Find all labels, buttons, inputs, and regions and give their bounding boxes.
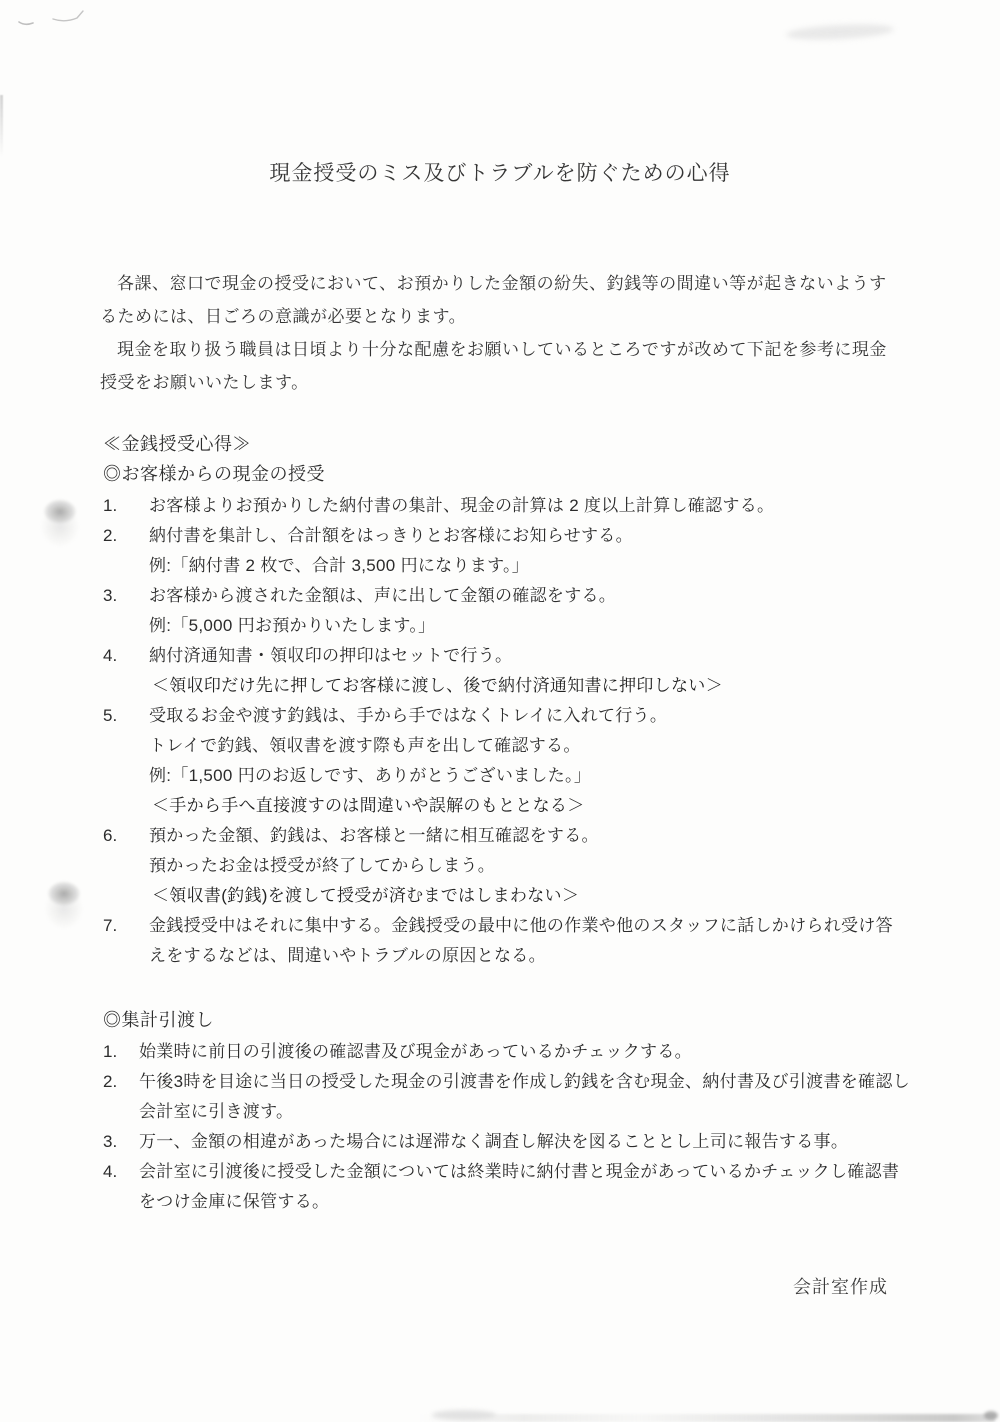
intro-paragraph: 各課、窓口で現金の授受において、お預かりした金額の紛失、釣銭等の間違い等が起きな… xyxy=(100,267,904,333)
intro-section: 各課、窓口で現金の授受において、お預かりした金額の紛失、釣銭等の間違い等が起きな… xyxy=(100,267,904,399)
item-number: 3. xyxy=(103,1127,139,1157)
pen-scribble-mark xyxy=(15,6,105,34)
scanner-smudge-top-right xyxy=(786,22,895,42)
item-line: 納付済通知書・領収印の押印はセットで行う。 xyxy=(149,641,910,671)
item-caution-line: ＜領収印だけ先に押してお客様に渡し、後で納付済通知書に押印しない＞ xyxy=(152,671,910,701)
numbered-list: 1. 始業時に前日の引渡後の確認書及び現金があっているかチェックする。 2. 午… xyxy=(103,1037,910,1217)
section-heading: ≪金銭授受心得≫ xyxy=(103,429,910,459)
scanner-smudge-blob xyxy=(432,1410,496,1420)
item-line: 受取るお金や渡す釣銭は、手から手ではなくトレイに入れて行う。 xyxy=(149,701,910,731)
list-item: 2. 納付書を集計し、合計額をはっきりとお客様にお知らせする。 例:「納付書 2… xyxy=(103,521,910,581)
item-line: 納付書を集計し、合計額をはっきりとお客様にお知らせする。 xyxy=(149,521,910,551)
item-line: 預かった金額、釣銭は、お客様と一緒に相互確認をする。 xyxy=(149,821,910,851)
list-item: 7. 金銭授受中はそれに集中する。金銭授受の最中に他の作業や他のスタッフに話しか… xyxy=(103,911,910,971)
item-number: 4. xyxy=(103,1157,139,1187)
item-caution-line: ＜手から手へ直接渡すのは間違いや誤解のもととなる＞ xyxy=(152,791,910,821)
item-caution-line: ＜領収書(釣銭)を渡して授受が済むまではしまわない＞ xyxy=(152,881,910,911)
item-number: 7. xyxy=(103,911,149,941)
item-number: 4. xyxy=(103,641,149,671)
scanned-document-page: 現金授受のミス及びトラブルを防ぐための心得 各課、窓口で現金の授受において、お預… xyxy=(0,0,1000,1422)
list-item: 6. 預かった金額、釣銭は、お客様と一緒に相互確認をする。 預かったお金は授受が… xyxy=(103,821,910,911)
item-number: 3. xyxy=(103,581,149,611)
item-example-line: 例:「5,000 円お預かりいたします。」 xyxy=(149,611,910,641)
list-item: 3. 万一、金額の相違があった場合には遅滞なく調査し解決を図ることとし上司に報告… xyxy=(103,1127,910,1157)
section-heading: ◎集計引渡し xyxy=(103,1005,910,1035)
list-item: 5. 受取るお金や渡す釣銭は、手から手ではなくトレイに入れて行う。 トレイで釣銭… xyxy=(103,701,910,821)
item-number: 5. xyxy=(103,701,149,731)
item-line: 会計室に引渡後に授受した金額については終業時に納付書と現金があっているかチェック… xyxy=(139,1157,910,1217)
hole-punch-shadow xyxy=(43,881,85,929)
scan-edge-mark xyxy=(0,95,3,157)
list-item: 3. お客様から渡された金額は、声に出して金額の確認をする。 例:「5,000 … xyxy=(103,581,910,641)
list-item: 4. 会計室に引渡後に授受した金額については終業時に納付書と現金があっているかチ… xyxy=(103,1157,910,1217)
item-number: 1. xyxy=(103,1037,139,1067)
footer-credit: 会計室作成 xyxy=(0,1273,888,1299)
page-title: 現金授受のミス及びトラブルを防ぐための心得 xyxy=(0,157,1000,187)
item-number: 2. xyxy=(103,521,149,551)
list-item: 1. 始業時に前日の引渡後の確認書及び現金があっているかチェックする。 xyxy=(103,1037,910,1067)
item-line: 始業時に前日の引渡後の確認書及び現金があっているかチェックする。 xyxy=(139,1037,910,1067)
list-item: 1. お客様よりお預かりした納付書の集計、現金の計算は 2 度以上計算し確認する… xyxy=(103,491,910,521)
numbered-list: 1. お客様よりお預かりした納付書の集計、現金の計算は 2 度以上計算し確認する… xyxy=(103,491,910,971)
item-number: 6. xyxy=(103,821,149,851)
item-line: トレイで釣銭、領収書を渡す際も声を出して確認する。 xyxy=(149,731,910,761)
hole-punch-shadow xyxy=(39,499,81,547)
item-number: 2. xyxy=(103,1067,139,1097)
item-line: お客様から渡された金額は、声に出して金額の確認をする。 xyxy=(149,581,910,611)
list-item: 4. 納付済通知書・領収印の押印はセットで行う。 ＜領収印だけ先に押してお客様に… xyxy=(103,641,910,701)
item-line: 万一、金額の相違があった場合には遅滞なく調査し解決を図ることとし上司に報告する事… xyxy=(139,1127,910,1157)
item-line: 午後3時を目途に当日の授受した現金の引渡書を作成し釣銭を含む現金、納付書及び引渡… xyxy=(139,1067,910,1127)
list-item: 2. 午後3時を目途に当日の授受した現金の引渡書を作成し釣銭を含む現金、納付書及… xyxy=(103,1067,910,1127)
item-number: 1. xyxy=(103,491,149,521)
section-cash-handling: ≪金銭授受心得≫ ◎お客様からの現金の授受 1. お客様よりお預かりした納付書の… xyxy=(103,429,910,971)
item-line: 預かったお金は授受が終了してからしまう。 xyxy=(149,851,910,881)
item-line: お客様よりお預かりした納付書の集計、現金の計算は 2 度以上計算し確認する。 xyxy=(149,491,910,521)
item-example-line: 例:「納付書 2 枚で、合計 3,500 円になります。」 xyxy=(149,551,910,581)
scanner-smudge-bottom xyxy=(420,1414,995,1422)
intro-paragraph: 現金を取り扱う職員は日頃より十分な配慮をお願いしているところですが改めて下記を参… xyxy=(100,333,904,399)
item-line: 金銭授受中はそれに集中する。金銭授受の最中に他の作業や他のスタッフに話しかけられ… xyxy=(149,911,910,971)
scan-speck xyxy=(984,1411,998,1420)
section-subheading: ◎お客様からの現金の授受 xyxy=(103,459,910,489)
item-example-line: 例:「1,500 円のお返しです、ありがとうございました。」 xyxy=(149,761,910,791)
section-handover: ◎集計引渡し 1. 始業時に前日の引渡後の確認書及び現金があっているかチェックす… xyxy=(103,1005,910,1217)
